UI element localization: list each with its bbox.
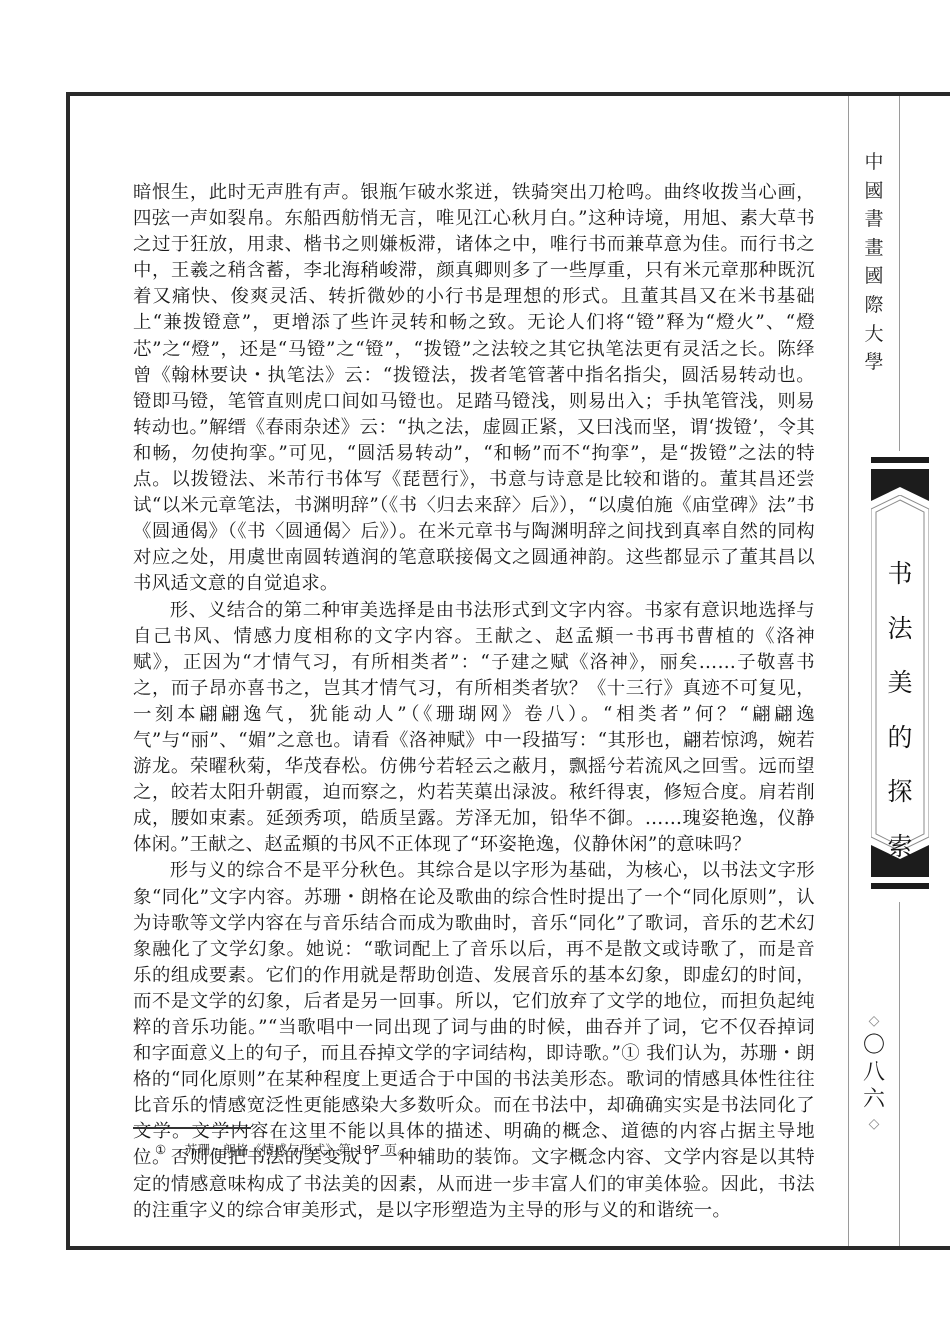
footnote: ① 苏珊・朗格《情感与形式》第 187 页。 [155,1140,410,1158]
body-text: 暗恨生，此时无声胜有声。银瓶乍破水浆迸，铁骑突出刀枪鸣。曲终收拨当心画，四弦一声… [133,180,815,1224]
footnote-text: 苏珊・朗格《情感与形式》第 187 页。 [185,1142,410,1157]
book-title-char: 索 [871,820,929,875]
series-title-char: 國 [861,177,887,206]
series-title-char: 中 [861,148,887,177]
series-title-char: 書 [861,205,887,234]
paragraph-3: 形与义的综合不是平分秋色。其综合是以字形为基础，为核心，以书法文字形象“同化”文… [133,858,815,1223]
margin-divider-line [848,96,849,1246]
page-number-digit: 八 [862,1059,886,1086]
paragraph-1: 暗恨生，此时无声胜有声。银瓶乍破水浆迸，铁骑突出刀枪鸣。曲终收拨当心画，四弦一声… [133,180,815,598]
footnote-divider [133,1127,251,1129]
diamond-ornament-icon: ◇ [862,1113,886,1135]
book-title-char: 的 [871,711,929,766]
book-title-banner: 书 法 美 的 探 索 [871,457,929,889]
book-title-char: 美 [871,656,929,711]
series-title-char: 畫 [861,234,887,263]
page-number: ◇ 〇 八 六 ◇ [862,1010,886,1135]
banner-bar-bottom [871,883,929,889]
series-title-char: 際 [861,291,887,320]
book-title-char: 书 [871,547,929,602]
footnote-mark: ① [155,1142,167,1157]
book-title-char: 法 [871,602,929,657]
series-title-char: 國 [861,262,887,291]
book-title-char: 探 [871,765,929,820]
book-title-vertical: 书 法 美 的 探 索 [871,547,929,874]
page-number-digit: 六 [862,1086,886,1113]
paragraph-2: 形、义结合的第二种审美选择是由书法形式到文字内容。书家有意识地选择与自己书风、情… [133,598,815,859]
series-title-vertical: 中 國 書 畫 國 際 大 學 [861,148,887,377]
margin-divider-line-outer-bottom [899,902,900,1246]
page-number-digit: 〇 [862,1032,886,1059]
banner-bar-top [871,457,929,463]
margin-divider-line-outer-top [899,96,900,451]
diamond-ornament-icon: ◇ [862,1010,886,1032]
series-title-char: 學 [861,348,887,377]
series-title-char: 大 [861,320,887,349]
